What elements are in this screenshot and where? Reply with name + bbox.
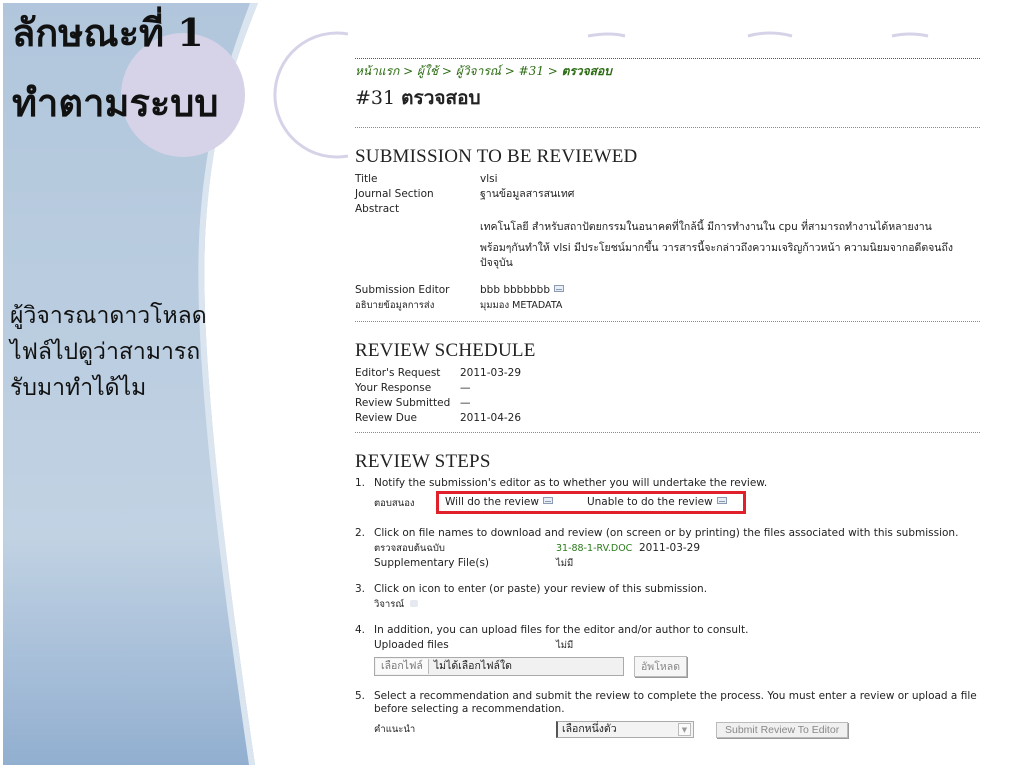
step-number: 5. bbox=[355, 690, 374, 738]
breadcrumb-separator: > bbox=[442, 64, 452, 78]
respond-label: ตอบสนอง bbox=[374, 497, 436, 510]
file-input[interactable]: เลือกไฟล์ ไม่ได้เลือกไฟล์ใด bbox=[374, 657, 624, 676]
slide-note-line: รับมาทำได้ไม bbox=[10, 370, 250, 406]
schedule-value: 2011-03-29 bbox=[460, 366, 980, 381]
recommendation-label: คำแนะนำ bbox=[374, 723, 556, 736]
page-title-number: #31 bbox=[355, 87, 395, 109]
breadcrumb: หน้าแรก > ผู้ใช้ > ผู้วิจารณ์ > #31 > ตร… bbox=[355, 62, 980, 81]
choose-file-button[interactable]: เลือกไฟล์ bbox=[376, 659, 429, 674]
submit-review-button[interactable]: Submit Review To Editor bbox=[716, 722, 848, 738]
chevron-down-icon[interactable]: ▼ bbox=[678, 723, 691, 736]
uploaded-files-row: Uploaded files ไม่มี bbox=[374, 639, 980, 652]
slide-note-line: ผู้วิจารณาดาวโหลด bbox=[10, 298, 250, 334]
email-icon bbox=[717, 497, 727, 504]
recommendation-select[interactable]: เลือกหนึ่งตัว ▼ bbox=[556, 721, 694, 738]
respond-row: ตอบสนอง Will do the review Unable to do … bbox=[374, 492, 980, 514]
recommendation-selected: เลือกหนึ่งตัว bbox=[562, 723, 617, 736]
upload-row: เลือกไฟล์ ไม่ได้เลือกไฟล์ใด อัพโหลด bbox=[374, 656, 980, 677]
schedule-label: Review Due bbox=[355, 411, 460, 426]
supplementary-value: ไม่มี bbox=[556, 557, 980, 570]
submission-details: Title vlsi Journal Section ฐานข้อมูลสารส… bbox=[355, 172, 980, 313]
metadata-label: อธิบายข้อมูลการส่ง bbox=[355, 298, 480, 313]
review-file-date: 2011-03-29 bbox=[639, 542, 700, 554]
recommendation-controls: เลือกหนึ่งตัว ▼ Submit Review To Editor bbox=[556, 721, 980, 738]
schedule-value: — bbox=[460, 396, 980, 411]
steps-heading: REVIEW STEPS bbox=[355, 451, 980, 473]
review-steps: 1. Notify the submission's editor as to … bbox=[355, 477, 980, 738]
step-number: 1. bbox=[355, 477, 374, 514]
editor-label: Submission Editor bbox=[355, 283, 480, 298]
upload-button[interactable]: อัพโหลด bbox=[634, 656, 687, 677]
review-page: หน้าแรก > ผู้ใช้ > ผู้วิจารณ์ > #31 > ตร… bbox=[355, 58, 980, 751]
will-do-review-label: Will do the review bbox=[445, 496, 539, 508]
uploaded-files-value: ไม่มี bbox=[556, 639, 980, 652]
breadcrumb-separator: > bbox=[548, 64, 558, 78]
breadcrumb-separator: > bbox=[505, 64, 515, 78]
review-file-row: ตรวจสอบต้นฉบับ 31-88-1-RV.DOC 2011-03-29 bbox=[374, 542, 980, 555]
supplementary-label: Supplementary File(s) bbox=[374, 557, 556, 570]
comment-icon[interactable] bbox=[410, 600, 418, 607]
page-title-text: ตรวจสอบ bbox=[401, 87, 480, 109]
unable-review-link[interactable]: Unable to do the review bbox=[587, 496, 727, 509]
review-file-link[interactable]: 31-88-1-RV.DOC bbox=[556, 543, 632, 554]
step-2: 2. Click on file names to download and r… bbox=[355, 527, 980, 570]
step-number: 4. bbox=[355, 624, 374, 677]
recommendation-row: คำแนะนำ เลือกหนึ่งตัว ▼ Submit Review To… bbox=[374, 721, 980, 738]
breadcrumb-current[interactable]: ตรวจสอบ bbox=[562, 64, 612, 78]
editor-name: bbb bbbbbbb bbox=[480, 284, 550, 296]
breadcrumb-submission[interactable]: #31 bbox=[519, 64, 544, 78]
respond-options-highlight: Will do the review Unable to do the revi… bbox=[436, 491, 746, 514]
comment-label: วิจารณ์ bbox=[374, 599, 404, 610]
abstract-paragraph: เทคโนโลยี สำหรับสถาปัตยกรรมในอนาคตที่ใกล… bbox=[480, 220, 980, 235]
metadata-link[interactable]: มุมมอง METADATA bbox=[480, 298, 980, 313]
section-label: Journal Section bbox=[355, 187, 480, 202]
breadcrumb-home[interactable]: หน้าแรก bbox=[355, 64, 399, 78]
step-text: Click on file names to download and revi… bbox=[374, 527, 980, 540]
slide-note: ผู้วิจารณาดาวโหลด ไฟล์ไปดูว่าสามารถ รับม… bbox=[10, 298, 250, 406]
no-file-text: ไม่ได้เลือกไฟล์ใด bbox=[430, 660, 512, 673]
divider bbox=[355, 127, 980, 128]
page-title: #31 ตรวจสอบ bbox=[355, 83, 980, 113]
unable-review-label: Unable to do the review bbox=[587, 496, 713, 508]
step-4: 4. In addition, you can upload files for… bbox=[355, 624, 980, 677]
submission-heading: SUBMISSION TO BE REVIEWED bbox=[355, 146, 980, 168]
abstract-label: Abstract bbox=[355, 202, 480, 277]
slide-title: ลักษณะที่ 1 bbox=[12, 14, 204, 52]
review-file-label: ตรวจสอบต้นฉบับ bbox=[374, 542, 556, 555]
top-divider bbox=[355, 58, 980, 59]
title-value: vlsi bbox=[480, 172, 980, 187]
comment-row: วิจารณ์ bbox=[374, 598, 980, 611]
will-do-review-link[interactable]: Will do the review bbox=[445, 496, 553, 509]
abstract-value: เทคโนโลยี สำหรับสถาปัตยกรรมในอนาคตที่ใกล… bbox=[480, 202, 980, 277]
title-label: Title bbox=[355, 172, 480, 187]
schedule-heading: REVIEW SCHEDULE bbox=[355, 340, 980, 362]
section-value: ฐานข้อมูลสารสนเทศ bbox=[480, 187, 980, 202]
step-text: Click on icon to enter (or paste) your r… bbox=[374, 583, 980, 596]
supplementary-row: Supplementary File(s) ไม่มี bbox=[374, 557, 980, 570]
schedule-label: Review Submitted bbox=[355, 396, 460, 411]
email-icon[interactable] bbox=[554, 285, 564, 292]
step-text: In addition, you can upload files for th… bbox=[374, 624, 980, 637]
breadcrumb-reviewer[interactable]: ผู้วิจารณ์ bbox=[456, 64, 501, 78]
divider bbox=[355, 432, 980, 433]
step-text: Notify the submission's editor as to whe… bbox=[374, 477, 980, 490]
schedule-label: Editor's Request bbox=[355, 366, 460, 381]
divider bbox=[355, 321, 980, 322]
schedule-value: — bbox=[460, 381, 980, 396]
slide-note-line: ไฟล์ไปดูว่าสามารถ bbox=[10, 334, 250, 370]
schedule-table: Editor's Request 2011-03-29 Your Respons… bbox=[355, 366, 980, 426]
editor-value: bbb bbbbbbb bbox=[480, 283, 980, 298]
slide-subtitle: ทำตามระบบ bbox=[12, 84, 219, 122]
step-text: Select a recommendation and submit the r… bbox=[374, 690, 980, 716]
step-number: 2. bbox=[355, 527, 374, 570]
schedule-value: 2011-04-26 bbox=[460, 411, 980, 426]
step-3: 3. Click on icon to enter (or paste) you… bbox=[355, 583, 980, 611]
step-5: 5. Select a recommendation and submit th… bbox=[355, 690, 980, 738]
schedule-label: Your Response bbox=[355, 381, 460, 396]
breadcrumb-separator: > bbox=[403, 64, 413, 78]
step-1: 1. Notify the submission's editor as to … bbox=[355, 477, 980, 514]
abstract-paragraph: พร้อมๆกันทำให้ vlsi มีประโยชน์มากขึ้น วา… bbox=[480, 241, 980, 271]
breadcrumb-user[interactable]: ผู้ใช้ bbox=[417, 64, 438, 78]
step-number: 3. bbox=[355, 583, 374, 611]
uploaded-files-label: Uploaded files bbox=[374, 639, 556, 652]
email-icon bbox=[543, 497, 553, 504]
